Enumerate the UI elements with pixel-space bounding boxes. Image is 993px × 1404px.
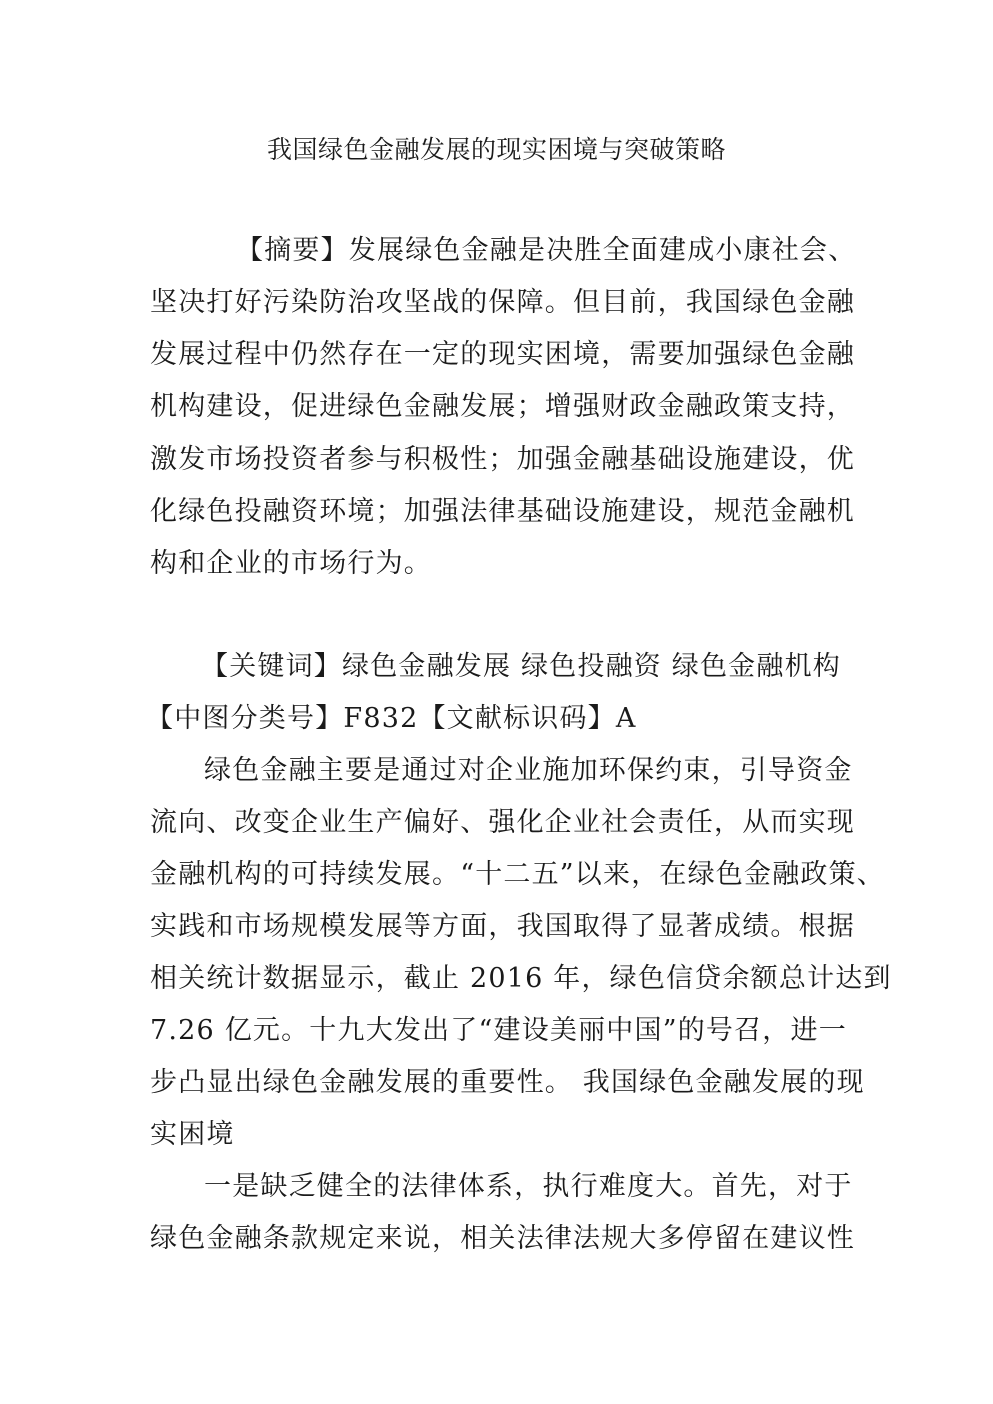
body-line: 步凸显出绿色金融发展的重要性。 我国绿色金融发展的现 [150, 1066, 865, 1100]
body-line: 实践和市场规模发展等方面，我国取得了显著成绩。根据 [150, 910, 855, 944]
classification-line: 【中图分类号】F832【文献标识码】A [146, 702, 637, 736]
section-heading-line: 实困境 [150, 1118, 235, 1152]
body-line: 7.26 亿元。十九大发出了“建设美丽中国”的号召，进一 [150, 1014, 847, 1048]
abstract-line: 【摘要】发展绿色金融是决胜全面建成小康社会、 [236, 234, 856, 268]
body-line: 绿色金融条款规定来说，相关法律法规大多停留在建议性 [150, 1222, 855, 1256]
body-line: 相关统计数据显示，截止 2016 年，绿色信贷余额总计达到 [150, 962, 892, 996]
abstract-line: 激发市场投资者参与积极性；加强金融基础设施建设，优 [150, 443, 855, 477]
body-line: 一是缺乏健全的法律体系，执行难度大。首先，对于 [204, 1170, 853, 1204]
abstract-line: 发展过程中仍然存在一定的现实困境，需要加强绿色金融 [150, 338, 855, 372]
document-page: 我国绿色金融发展的现实困境与突破策略 【摘要】发展绿色金融是决胜全面建成小康社会… [0, 0, 993, 1404]
body-line: 绿色金融主要是通过对企业施加环保约束，引导资金 [204, 754, 853, 788]
abstract-line: 机构建设，促进绿色金融发展；增强财政金融政策支持， [150, 390, 855, 424]
keywords-line: 【关键词】绿色金融发展 绿色投融资 绿色金融机构 [201, 650, 841, 684]
abstract-line: 坚决打好污染防治攻坚战的保障。但目前，我国绿色金融 [150, 286, 855, 320]
document-title: 我国绿色金融发展的现实困境与突破策略 [0, 130, 993, 166]
abstract-line: 化绿色投融资环境；加强法律基础设施建设，规范金融机 [150, 495, 855, 529]
body-line: 金融机构的可持续发展。“十二五”以来，在绿色金融政策、 [150, 858, 885, 892]
body-line: 流向、改变企业生产偏好、强化企业社会责任，从而实现 [150, 806, 855, 840]
abstract-line: 构和企业的市场行为。 [150, 547, 432, 581]
